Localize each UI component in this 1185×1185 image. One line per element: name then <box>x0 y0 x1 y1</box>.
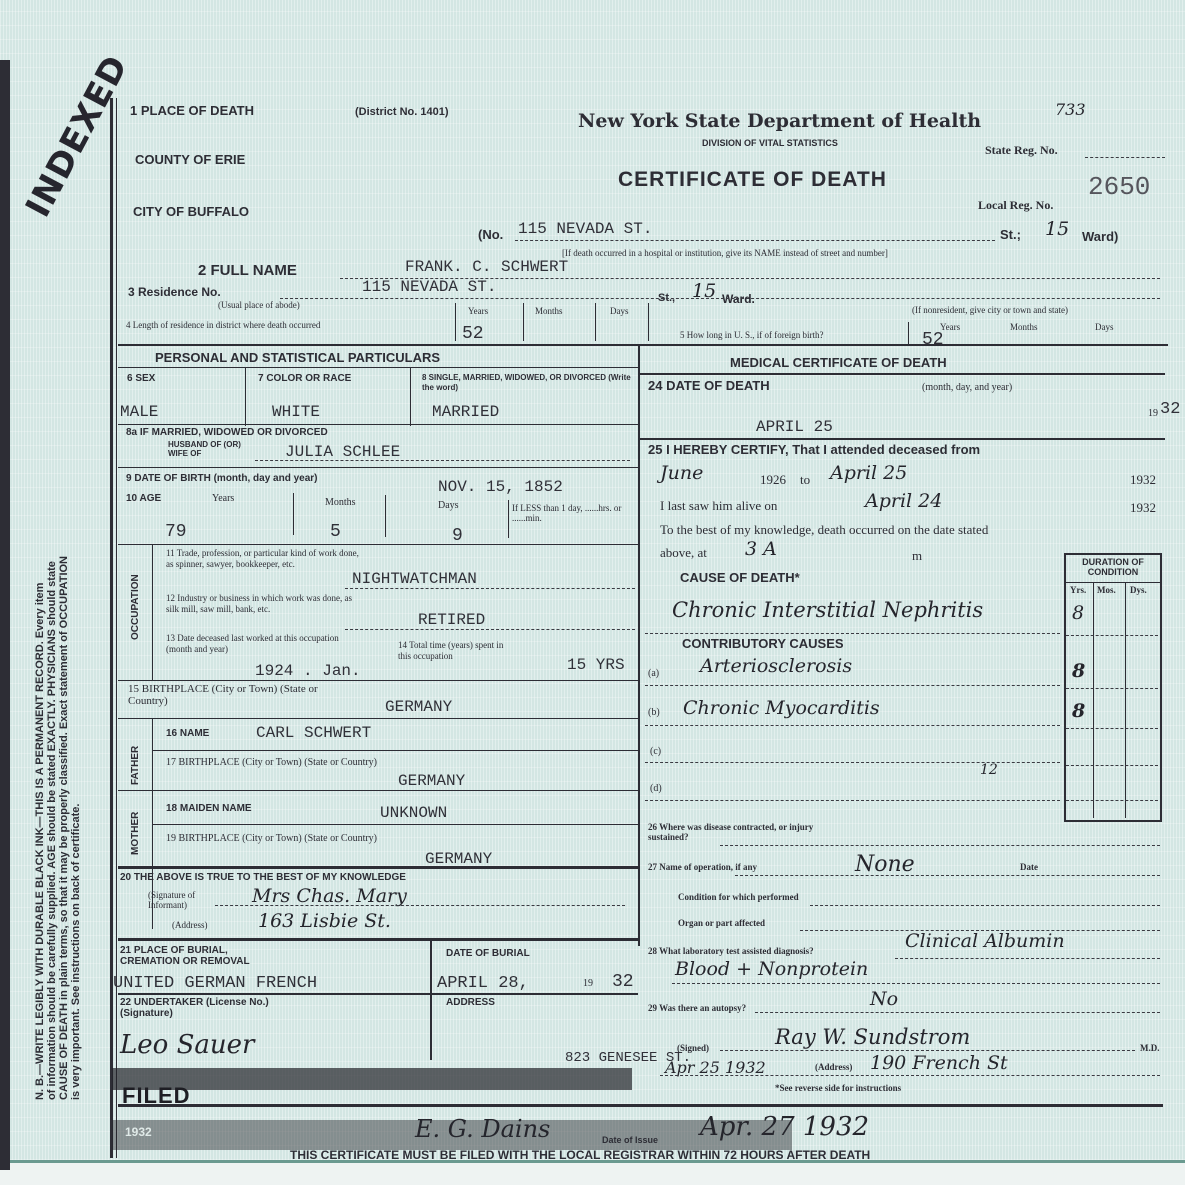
circled-mark: 12 <box>980 762 998 778</box>
divider <box>640 373 1165 375</box>
certify-label: 25 I HEREBY CERTIFY, That I attended dec… <box>648 442 980 457</box>
death-address: 115 NEVADA ST. <box>518 220 652 238</box>
sex-value: MALE <box>120 403 158 421</box>
above-at-label: above, at <box>660 545 707 561</box>
divider <box>508 500 509 538</box>
death-st-label: St.; <box>1000 227 1021 242</box>
state-reg-label: State Reg. No. <box>985 143 1058 158</box>
divider <box>595 303 596 341</box>
burial-place-value: UNITED GERMAN FRENCH <box>113 974 317 993</box>
divider <box>118 544 638 545</box>
knowledge-text: To the best of my knowledge, death occur… <box>660 522 988 538</box>
attended-from: June <box>660 462 703 484</box>
age-days-value: 9 <box>452 526 463 546</box>
industry-value: RETIRED <box>418 611 485 629</box>
autopsy-value: No <box>870 988 898 1010</box>
district-number: (District No. 1401) <box>355 106 449 118</box>
full-name-label: 2 FULL NAME <box>198 262 297 279</box>
duration-col-mos: Mos. <box>1097 585 1116 595</box>
physician-signature: Ray W. Sundstrom <box>775 1025 970 1049</box>
residence-label: 3 Residence No. <box>128 285 221 299</box>
mother-birthplace-label: 19 BIRTHPLACE (City or Town) (State or C… <box>166 833 396 844</box>
birthplace-value: GERMANY <box>385 698 452 716</box>
frame-left <box>110 98 113 1158</box>
dod-year-prefix: 19 <box>1148 408 1158 419</box>
contracted-line <box>720 845 1160 846</box>
total-time-label: 14 Total time (years) spent in this occu… <box>398 640 508 662</box>
divider <box>118 718 638 719</box>
operation-line <box>735 875 1160 876</box>
frame-left-inner <box>116 98 117 1158</box>
dod-year: 32 <box>1160 400 1180 419</box>
burial-place-label: 21 PLACE OF BURIAL, CREMATION OR REMOVAL <box>120 945 290 967</box>
residence-length-years: 52 <box>462 324 484 344</box>
condition-line <box>810 905 1160 906</box>
divider <box>648 303 649 341</box>
time-suffix: m <box>912 548 922 564</box>
instruction-line: CAUSE OF DEATH in plain terms, so that i… <box>58 556 70 1100</box>
trade-line <box>345 588 635 589</box>
last-worked-value: 1924 . Jan. <box>255 662 361 680</box>
divider <box>118 993 638 995</box>
column-divider <box>638 346 640 946</box>
duration-row-line <box>1066 635 1158 636</box>
contributory-label: CONTRIBUTORY CAUSES <box>682 636 844 651</box>
birthplace-label: 15 BIRTHPLACE (City or Town) (State or C… <box>128 683 358 707</box>
lab-line <box>672 983 1160 984</box>
lab-line <box>895 958 1160 959</box>
residence-value: 115 NEVADA ST. <box>362 278 496 296</box>
autopsy-line <box>755 1012 1160 1013</box>
personal-section-title: PERSONAL AND STATISTICAL PARTICULARS <box>155 350 440 365</box>
nonresident-note: (If nonresident, give city or town and s… <box>912 305 1068 315</box>
to-label: to <box>800 472 810 488</box>
age-label: 10 AGE <box>126 493 161 504</box>
less-than-day-label: If LESS than 1 day, ......hrs. or ......… <box>512 503 632 523</box>
us-days-label: Days <box>1095 322 1114 332</box>
divider <box>118 680 638 681</box>
undertaker-label: 22 UNDERTAKER (License No.) (Signature) <box>120 997 300 1019</box>
contributory-a: Arteriosclerosis <box>700 655 852 677</box>
length-days-label: Days <box>610 306 629 316</box>
informant-address-label: (Address) <box>172 920 208 930</box>
operation-value: None <box>855 852 915 877</box>
date-of-issue: Apr. 27 1932 <box>700 1112 869 1142</box>
dob-label: 9 DATE OF BIRTH (month, day and year) <box>126 473 318 484</box>
autopsy-label: 29 Was there an autopsy? <box>648 1003 746 1013</box>
divider <box>410 368 411 426</box>
duration-title: DURATION OF CONDITION <box>1068 557 1158 577</box>
contributory-a-yrs: 8 <box>1072 660 1085 682</box>
trade-value: NIGHTWATCHMAN <box>352 570 477 588</box>
attended-from-year: 1926 <box>760 472 786 488</box>
time-of-death: 3 A <box>745 538 777 560</box>
contributory-line <box>645 725 1060 726</box>
last-saw-label: I last saw him alive on <box>660 498 777 514</box>
contracted-label: 26 Where was disease contracted, or inju… <box>648 822 848 842</box>
signed-label: (Signed) <box>677 1043 709 1053</box>
residence-ward-label: Ward. <box>722 292 755 306</box>
cause-line <box>645 633 1060 634</box>
scan-left-edge <box>0 60 10 1170</box>
trade-label: 11 Trade, profession, or particular kind… <box>166 548 366 570</box>
father-name-label: 16 NAME <box>166 728 209 739</box>
contributory-line <box>645 685 1060 686</box>
instruction-line: is very important. See instructions on b… <box>70 556 82 1100</box>
operation-label: 27 Name of operation, if any <box>648 862 757 872</box>
burial-date-value: APRIL 28, <box>437 974 529 993</box>
divider <box>118 790 638 791</box>
dod-label: 24 DATE OF DEATH <box>648 378 770 393</box>
divider <box>293 493 294 535</box>
length-months-label: Months <box>535 306 563 316</box>
duration-row-line <box>1066 688 1158 689</box>
place-of-death-label: 1 PLACE OF DEATH <box>130 103 254 118</box>
registrar-signature: E. G. Dains <box>415 1115 550 1143</box>
street-no-label: (No. <box>478 227 503 242</box>
age-months-value: 5 <box>330 522 341 542</box>
divider <box>153 750 638 751</box>
reverse-note: *See reverse side for instructions <box>775 1083 901 1093</box>
undertaker-signature: Leo Sauer <box>120 1030 254 1060</box>
filed-year: 1932 <box>125 1125 152 1139</box>
city-label: CITY OF BUFFALO <box>133 204 249 219</box>
mother-name-value: UNKNOWN <box>380 804 447 822</box>
last-worked-label: 13 Date deceased last worked at this occ… <box>166 633 366 655</box>
page-mark: 733 <box>1055 100 1086 119</box>
lab-value-1: Clinical Albumin <box>905 930 1065 952</box>
divider <box>430 940 432 1060</box>
section-divider <box>118 344 1168 346</box>
race-label: 7 COLOR OR RACE <box>258 373 351 384</box>
md-label: M.D. <box>1140 1043 1160 1053</box>
contributory-d-letter: (d) <box>650 783 662 794</box>
divider <box>1093 583 1094 818</box>
division-title: DIVISION OF VITAL STATISTICS <box>702 138 838 148</box>
divider <box>118 938 638 941</box>
us-years-value: 52 <box>922 330 944 350</box>
divider <box>245 368 246 426</box>
attended-to: April 25 <box>830 462 907 484</box>
death-address-line <box>515 240 995 241</box>
medical-section-title: MEDICAL CERTIFICATE OF DEATH <box>730 355 947 370</box>
scan-bottom-edge <box>0 1160 1185 1185</box>
divider <box>523 303 524 341</box>
divider <box>118 1104 1163 1107</box>
dod-hint: (month, day, and year) <box>922 382 1012 393</box>
cause-duration-yrs: 8 <box>1072 602 1084 624</box>
last-saw-value: April 24 <box>865 490 942 512</box>
contributory-line <box>645 800 1060 801</box>
mother-side-label: MOTHER <box>130 812 141 855</box>
age-months-label: Months <box>325 497 356 508</box>
industry-line <box>345 629 635 630</box>
dod-value: APRIL 25 <box>756 418 833 436</box>
contributory-b-yrs: 8 <box>1072 700 1085 722</box>
age-years-value: 79 <box>165 522 187 542</box>
full-name-value: FRANK. C. SCHWERT <box>405 258 568 276</box>
lab-label: 28 What laboratory test assisted diagnos… <box>648 946 814 956</box>
last-saw-year: 1932 <box>1130 500 1156 516</box>
local-reg-number: 2650 <box>1088 172 1150 202</box>
county-label: COUNTY OF ERIE <box>135 152 245 167</box>
informant-address: 163 Lisbie St. <box>258 910 391 932</box>
address-line <box>660 1075 1160 1076</box>
operation-date-label: Date <box>1020 862 1038 872</box>
informant-label: 20 THE ABOVE IS TRUE TO THE BEST OF MY K… <box>120 872 406 883</box>
us-duration-label: 5 How long in U. S., if of foreign birth… <box>680 330 823 340</box>
divider <box>1064 582 1160 583</box>
signed-line <box>720 1050 1135 1051</box>
instruction-line: of information should be carefully suppl… <box>46 556 58 1100</box>
age-days-label: Days <box>438 500 459 511</box>
informant-signature: Mrs Chas. Mary <box>252 885 407 907</box>
divider <box>152 545 153 680</box>
physician-address: 190 French St <box>870 1052 1008 1074</box>
industry-label: 12 Industry or business in which work wa… <box>166 593 366 615</box>
date-of-issue-label: Date of Issue <box>602 1135 658 1145</box>
department-title: New York State Department of Health <box>578 110 981 132</box>
burial-date-label: DATE OF BURIAL <box>446 948 530 959</box>
father-birthplace-value: GERMANY <box>398 772 465 790</box>
divider <box>153 824 638 825</box>
contributory-c-letter: (c) <box>650 746 661 757</box>
duration-row-line <box>1066 728 1158 729</box>
address-label: ADDRESS <box>446 997 495 1008</box>
death-ward-label: Ward) <box>1082 229 1118 244</box>
residence-length-label: 4 Length of residence in district where … <box>126 320 320 330</box>
residence-line <box>280 298 1160 299</box>
divider <box>118 424 638 425</box>
contributory-a-letter: (a) <box>648 668 659 679</box>
mother-name-label: 18 MAIDEN NAME <box>166 803 252 814</box>
contributory-b-letter: (b) <box>648 707 660 718</box>
condition-label: Condition for which performed <box>678 892 799 902</box>
father-name-value: CARL SCHWERT <box>256 724 371 742</box>
occupation-side-label: OCCUPATION <box>130 574 141 640</box>
state-reg-field <box>1085 157 1165 158</box>
cause-value: Chronic Interstitial Nephritis <box>672 598 983 622</box>
duration-row-line <box>1066 765 1158 766</box>
race-value: WHITE <box>272 403 320 421</box>
length-years-label: Years <box>468 306 488 316</box>
spouse-label-2: HUSBAND OF (OR) WIFE OF <box>168 440 258 458</box>
us-months-label: Months <box>1010 322 1038 332</box>
divider <box>455 303 456 341</box>
duration-col-dys: Dys. <box>1130 585 1147 595</box>
instruction-line: N. B.—WRITE LEGIBLY WITH DURABLE BLACK I… <box>34 556 46 1100</box>
spouse-label-1: 8a IF MARRIED, WIDOWED OR DIVORCED <box>126 427 328 438</box>
divider <box>640 438 1165 440</box>
burial-year-prefix: 19 <box>583 978 593 989</box>
divider <box>908 322 909 344</box>
attended-to-year: 1932 <box>1130 472 1156 488</box>
total-time-value: 15 YRS <box>567 656 625 674</box>
burial-year: 32 <box>612 972 634 992</box>
spouse-value: JULIA SCHLEE <box>285 443 400 461</box>
dob-value: NOV. 15, 1852 <box>438 478 563 496</box>
divider <box>118 367 638 368</box>
father-birthplace-label: 17 BIRTHPLACE (City or Town) (State or C… <box>166 757 396 768</box>
abode-note: (Usual place of abode) <box>218 300 300 310</box>
contributory-b: Chronic Myocarditis <box>683 697 880 719</box>
certificate-title: CERTIFICATE OF DEATH <box>618 168 887 192</box>
organ-label: Organ or part affected <box>678 918 765 928</box>
marital-value: MARRIED <box>432 403 499 421</box>
spouse-line <box>255 460 630 461</box>
local-reg-label: Local Reg. No. <box>978 198 1053 213</box>
footer-notice: THIS CERTIFICATE MUST BE FILED WITH THE … <box>290 1148 870 1162</box>
lab-value-2: Blood + Nonprotein <box>675 958 868 980</box>
informant-sig-label: (Signature of Informant) <box>148 890 218 910</box>
duration-row-line <box>1066 800 1158 801</box>
divider <box>385 495 386 537</box>
marital-label: 8 SINGLE, MARRIED, WIDOWED, OR DIVORCED … <box>422 373 632 393</box>
informant-sig-line <box>215 905 625 906</box>
hospital-note: [If death occurred in a hospital or inst… <box>562 248 888 258</box>
divider <box>118 866 638 869</box>
cause-label: CAUSE OF DEATH* <box>680 570 800 585</box>
margin-instructions: N. B.—WRITE LEGIBLY WITH DURABLE BLACK I… <box>34 556 82 1100</box>
physician-address-label: (Address) <box>815 1062 852 1072</box>
age-years-label: Years <box>212 493 234 504</box>
duration-col-yrs: Yrs. <box>1070 585 1086 595</box>
divider <box>1125 583 1126 818</box>
death-ward: 15 <box>1045 218 1069 240</box>
father-side-label: FATHER <box>130 746 141 785</box>
sex-label: 6 SEX <box>127 373 155 384</box>
divider <box>118 467 638 468</box>
